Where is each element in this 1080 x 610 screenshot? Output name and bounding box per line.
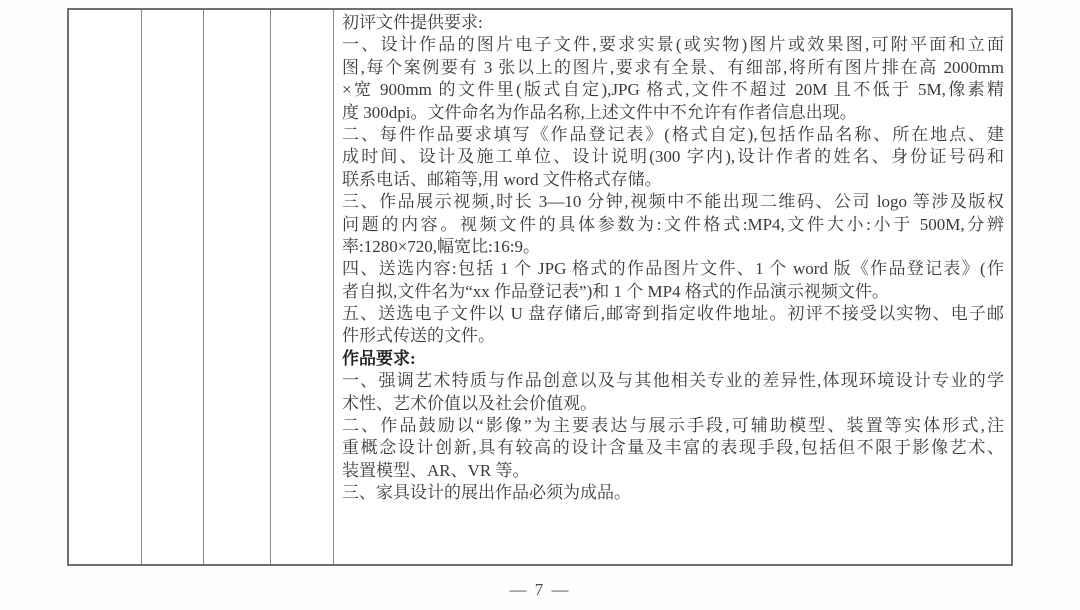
document-table: 初评文件提供要求: 一、设计作品的图片电子文件,要求实景(或实物)图片或效果图,…: [67, 8, 1013, 566]
page-number: — 7 —: [0, 580, 1080, 600]
text-line: 联系电话、邮箱等,用 word 文件格式存储。: [342, 169, 1004, 191]
text-line: 图,每个案例要有 3 张以上的图片,要求有全景、有细部,将所有图片排在高 200…: [342, 57, 1004, 79]
text-line: 五、送选电子文件以 U 盘存储后,邮寄到指定收件地址。初评不接受以实物、电子邮: [342, 303, 1004, 325]
empty-cell-1: [69, 10, 142, 564]
text-line: 率:1280×720,幅宽比:16:9。: [342, 236, 1004, 258]
document-page: 初评文件提供要求: 一、设计作品的图片电子文件,要求实景(或实物)图片或效果图,…: [0, 0, 1080, 610]
empty-cell-4: [271, 10, 334, 564]
text-line: 术性、艺术价值以及社会价值观。: [342, 393, 1004, 415]
work-requirements-heading: 作品要求:: [342, 348, 1004, 370]
text-line: 三、作品展示视频,时长 3—10 分钟,视频中不能出现二维码、公司 logo 等…: [342, 191, 1004, 213]
text-line: 四、送选内容:包括 1 个 JPG 格式的作品图片文件、1 个 word 版《作…: [342, 258, 1004, 280]
text-line: 一、强调艺术特质与作品创意以及与其他相关专业的差异性,体现环境设计专业的学: [342, 370, 1004, 392]
text-line: 重概念设计创新,具有较高的设计含量及丰富的表现手段,包括但不限于影像艺术、: [342, 437, 1004, 459]
text-line: 三、家具设计的展出作品必须为成品。: [342, 482, 1004, 504]
requirements-content-cell: 初评文件提供要求: 一、设计作品的图片电子文件,要求实景(或实物)图片或效果图,…: [334, 10, 1011, 564]
text-line: 度 300dpi。文件命名为作品名称,上述文件中不允许有作者信息出现。: [342, 102, 1004, 124]
text-line: 成时间、设计及施工单位、设计说明(300 字内),设计作者的姓名、身份证号码和: [342, 146, 1004, 168]
text-line: 件形式传送的文件。: [342, 325, 1004, 347]
text-line: 一、设计作品的图片电子文件,要求实景(或实物)图片或效果图,可附平面和立面: [342, 34, 1004, 56]
text-line: ×宽 900mm 的文件里(版式自定),JPG 格式,文件不超过 20M 且不低…: [342, 79, 1004, 101]
text-line: 者自拟,文件名为“xx 作品登记表”)和 1 个 MP4 格式的作品演示视频文件…: [342, 281, 1004, 303]
initial-review-heading: 初评文件提供要求:: [342, 12, 1004, 34]
text-line: 二、作品鼓励以“影像”为主要表达与展示手段,可辅助模型、装置等实体形式,注: [342, 415, 1004, 437]
text-line: 二、每件作品要求填写《作品登记表》(格式自定),包括作品名称、所在地点、建: [342, 124, 1004, 146]
text-line: 装置模型、AR、VR 等。: [342, 460, 1004, 482]
empty-cell-3: [204, 10, 271, 564]
empty-cell-2: [142, 10, 204, 564]
text-line: 问题的内容。视频文件的具体参数为:文件格式:MP4,文件大小:小于 500M,分…: [342, 214, 1004, 236]
